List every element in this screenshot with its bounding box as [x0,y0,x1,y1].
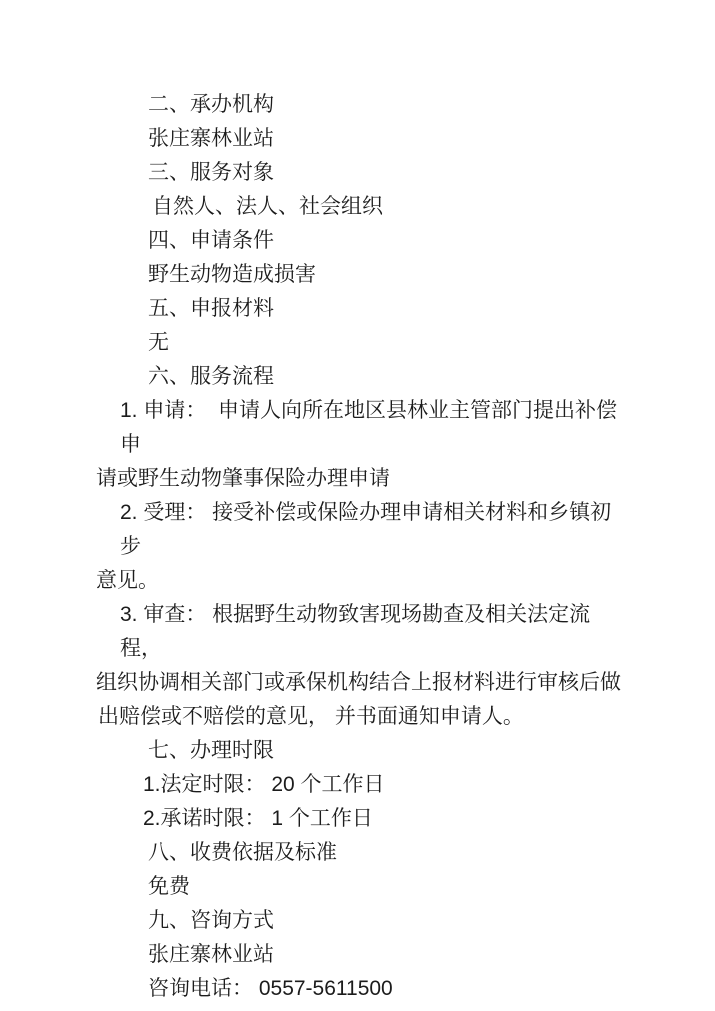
section-heading-3: 三、服务对象 [148,156,621,190]
consult-agency-name: 张庄寨林业站 [148,938,621,972]
section-heading-7: 七、办理时限 [148,734,621,768]
statutory-time-limit: 1.法定时限： 20 个工作日 [143,768,621,802]
section-heading-8: 八、收费依据及标准 [148,836,621,870]
materials-none: 无 [148,326,621,360]
section-heading-5: 五、申报材料 [148,292,621,326]
service-targets: 自然人、法人、社会组织 [152,190,621,224]
process-step-3-line-1: 3. 审查： 根据野生动物致害现场勘查及相关法定流程， [120,598,621,666]
section-heading-6: 六、服务流程 [148,360,621,394]
agency-name: 张庄寨林业站 [148,122,621,156]
section-heading-4: 四、申请条件 [148,224,621,258]
document-body: 二、承办机构张庄寨林业站三、服务对象自然人、法人、社会组织四、申请条件野生动物造… [96,88,621,1006]
promised-time-limit: 2.承诺时限： 1 个工作日 [143,802,621,836]
process-step-3-line-3: 出赔偿或不赔偿的意见， 并书面通知申请人。 [98,700,621,734]
document-page: 二、承办机构张庄寨林业站三、服务对象自然人、法人、社会组织四、申请条件野生动物造… [0,0,715,1011]
fee-free: 免费 [148,870,621,904]
application-condition: 野生动物造成损害 [148,258,621,292]
process-step-1-line-2: 请或野生动物肇事保险办理申请 [96,462,621,496]
process-step-1-line-1: 1. 申请： 申请人向所在地区县林业主管部门提出补偿申 [120,394,621,462]
section-heading-2: 二、承办机构 [148,88,621,122]
process-step-2-line-1: 2. 受理： 接受补偿或保险办理申请相关材料和乡镇初步 [120,496,621,564]
process-step-3-line-2: 组织协调相关部门或承保机构结合上报材料进行审核后做 [96,666,621,700]
section-heading-9: 九、咨询方式 [148,904,621,938]
process-step-2-line-2: 意见。 [96,564,621,598]
consult-phone: 咨询电话： 0557-5611500 [148,972,621,1006]
